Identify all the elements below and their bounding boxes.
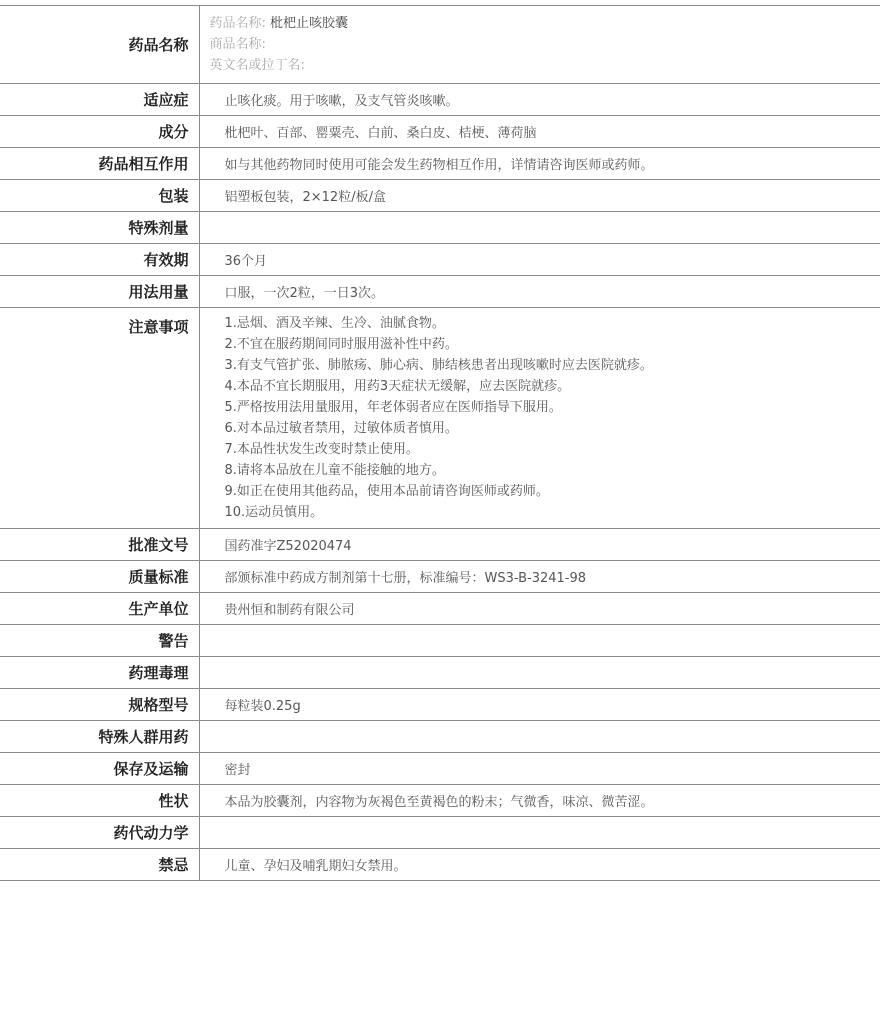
row-value xyxy=(199,212,880,244)
table-row-pharmacokinetics: 药代动力学 xyxy=(0,817,880,849)
row-label: 包装 xyxy=(0,180,199,212)
drug-spec-table: 药品名称 药品名称: 枇杷止咳胶囊 商品名称: 英文名或拉丁名: 适应症止咳化痰… xyxy=(0,5,880,881)
precaution-item: 2.不宜在服药期间同时服用滋补性中药。 xyxy=(225,334,880,355)
row-label: 警告 xyxy=(0,625,199,657)
drug-name-line: 药品名称: 枇杷止咳胶囊 xyxy=(210,13,880,34)
table-row-interactions: 药品相互作用如与其他药物同时使用可能会发生药物相互作用，详情请咨询医师或药师。 xyxy=(0,148,880,180)
table-row-ingredients: 成分枇杷叶、百部、罂粟壳、白前、桑白皮、桔梗、薄荷脑 xyxy=(0,116,880,148)
table-row-precautions: 注意事项 1.忌烟、酒及辛辣、生冷、油腻食物。 2.不宜在服药期间同时服用滋补性… xyxy=(0,308,880,529)
precaution-item: 9.如正在使用其他药品，使用本品前请咨询医师或药师。 xyxy=(225,481,880,502)
table-row-warning: 警告 xyxy=(0,625,880,657)
precaution-item: 4.本品不宜长期服用，用药3天症状无缓解，应去医院就疹。 xyxy=(225,376,880,397)
row-value: 如与其他药物同时使用可能会发生药物相互作用，详情请咨询医师或药师。 xyxy=(199,148,880,180)
row-value: 儿童、孕妇及哺乳期妇女禁用。 xyxy=(199,849,880,881)
row-value: 密封 xyxy=(199,753,880,785)
table-row-indications: 适应症止咳化痰。用于咳嗽，及支气管炎咳嗽。 xyxy=(0,84,880,116)
row-value: 国药准字Z52020474 xyxy=(199,529,880,561)
row-value: 枇杷叶、百部、罂粟壳、白前、桑白皮、桔梗、薄荷脑 xyxy=(199,116,880,148)
row-label: 适应症 xyxy=(0,84,199,116)
row-value: 每粒装0.25g xyxy=(199,689,880,721)
precaution-item: 10.运动员慎用。 xyxy=(225,502,880,523)
table-row-packaging: 包装铝塑板包装，2×12粒/板/盒 xyxy=(0,180,880,212)
table-row-storage: 保存及运输密封 xyxy=(0,753,880,785)
row-value: 1.忌烟、酒及辛辣、生冷、油腻食物。 2.不宜在服药期间同时服用滋补性中药。 3… xyxy=(199,308,880,529)
row-label: 生产单位 xyxy=(0,593,199,625)
precaution-item: 7.本品性状发生改变时禁止使用。 xyxy=(225,439,880,460)
table-row-shelf-life: 有效期36个月 xyxy=(0,244,880,276)
row-label: 规格型号 xyxy=(0,689,199,721)
row-label: 批准文号 xyxy=(0,529,199,561)
row-label: 禁忌 xyxy=(0,849,199,881)
row-value xyxy=(199,625,880,657)
trade-name-line: 商品名称: xyxy=(210,34,880,55)
table-row-special-dosage: 特殊剂量 xyxy=(0,212,880,244)
table-row-special-populations: 特殊人群用药 xyxy=(0,721,880,753)
row-value xyxy=(199,817,880,849)
table-row-quality-standard: 质量标准部颁标准中药成方制剂第十七册，标准编号：WS3-B-3241-98 xyxy=(0,561,880,593)
precaution-item: 5.严格按用法用量服用，年老体弱者应在医师指导下服用。 xyxy=(225,397,880,418)
row-value: 部颁标准中药成方制剂第十七册，标准编号：WS3-B-3241-98 xyxy=(199,561,880,593)
row-value: 口服，一次2粒，一日3次。 xyxy=(199,276,880,308)
row-label: 成分 xyxy=(0,116,199,148)
row-label: 药代动力学 xyxy=(0,817,199,849)
row-label: 用法用量 xyxy=(0,276,199,308)
table-row-manufacturer: 生产单位贵州恒和制药有限公司 xyxy=(0,593,880,625)
row-label: 药品名称 xyxy=(0,6,199,84)
row-label: 质量标准 xyxy=(0,561,199,593)
precaution-item: 3.有支气管扩张、肺脓疡、肺心病、肺结核患者出现咳嗽时应去医院就疹。 xyxy=(225,355,880,376)
latin-name-line: 英文名或拉丁名: xyxy=(210,55,880,76)
precaution-item: 8.请将本品放在儿童不能接触的地方。 xyxy=(225,460,880,481)
row-label: 性状 xyxy=(0,785,199,817)
trade-name-hint: 商品名称: xyxy=(210,37,266,52)
row-label: 特殊人群用药 xyxy=(0,721,199,753)
drug-name-value: 枇杷止咳胶囊 xyxy=(270,16,348,31)
row-value: 贵州恒和制药有限公司 xyxy=(199,593,880,625)
table-row-drug-name: 药品名称 药品名称: 枇杷止咳胶囊 商品名称: 英文名或拉丁名: xyxy=(0,6,880,84)
precaution-item: 1.忌烟、酒及辛辣、生冷、油腻食物。 xyxy=(225,313,880,334)
table-row-specification: 规格型号每粒装0.25g xyxy=(0,689,880,721)
row-label: 有效期 xyxy=(0,244,199,276)
row-value: 止咳化痰。用于咳嗽，及支气管炎咳嗽。 xyxy=(199,84,880,116)
row-label: 保存及运输 xyxy=(0,753,199,785)
row-value: 36个月 xyxy=(199,244,880,276)
table-row-approval-number: 批准文号国药准字Z52020474 xyxy=(0,529,880,561)
row-value: 铝塑板包装，2×12粒/板/盒 xyxy=(199,180,880,212)
row-label: 特殊剂量 xyxy=(0,212,199,244)
precaution-item: 6.对本品过敏者禁用，过敏体质者慎用。 xyxy=(225,418,880,439)
row-value: 药品名称: 枇杷止咳胶囊 商品名称: 英文名或拉丁名: xyxy=(199,6,880,84)
table-row-pharmacology: 药理毒理 xyxy=(0,657,880,689)
latin-name-hint: 英文名或拉丁名: xyxy=(210,58,305,73)
row-label: 注意事项 xyxy=(0,308,199,529)
table-row-description: 性状本品为胶囊剂，内容物为灰褐色至黄褐色的粉末；气微香，味凉、微苦涩。 xyxy=(0,785,880,817)
drug-name-hint: 药品名称: xyxy=(210,16,266,31)
row-value xyxy=(199,657,880,689)
row-label: 药品相互作用 xyxy=(0,148,199,180)
table-row-contraindications: 禁忌儿童、孕妇及哺乳期妇女禁用。 xyxy=(0,849,880,881)
row-value xyxy=(199,721,880,753)
row-value: 本品为胶囊剂，内容物为灰褐色至黄褐色的粉末；气微香，味凉、微苦涩。 xyxy=(199,785,880,817)
row-label: 药理毒理 xyxy=(0,657,199,689)
table-row-dosage: 用法用量口服，一次2粒，一日3次。 xyxy=(0,276,880,308)
